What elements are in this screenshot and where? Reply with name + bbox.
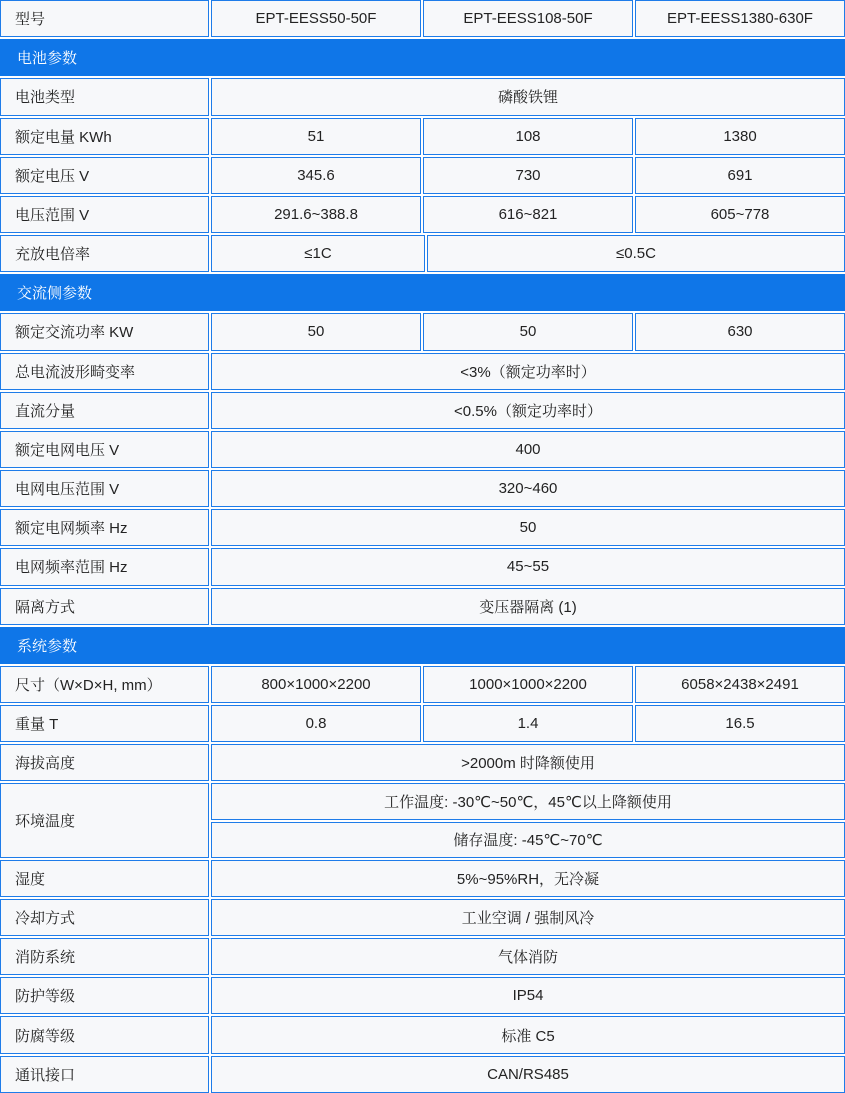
spec-label: 环境温度 <box>0 783 209 857</box>
spec-row: 尺寸（W×D×H, mm）800×1000×22001000×1000×2200… <box>0 666 845 703</box>
spec-value-stack: 工作温度: -30℃~50℃，45℃以上降额使用储存温度: -45℃~70℃ <box>211 783 845 857</box>
spec-label: 额定电网频率 Hz <box>0 509 209 546</box>
spec-row: 防腐等级标准 C5 <box>0 1016 845 1053</box>
spec-label: 隔离方式 <box>0 588 209 625</box>
spec-label: 直流分量 <box>0 392 209 429</box>
spec-row: 冷却方式工业空调 / 强制风冷 <box>0 899 845 936</box>
spec-value: 605~778 <box>635 196 845 233</box>
spec-value: 气体消防 <box>211 938 845 975</box>
spec-value: 108 <box>423 118 633 155</box>
section-header-row: 系统参数 <box>0 627 845 664</box>
model-header-row: 型号 EPT-EESS50-50F EPT-EESS108-50F EPT-EE… <box>0 0 845 37</box>
model-name-cell: EPT-EESS108-50F <box>423 0 633 37</box>
spec-value: 691 <box>635 157 845 194</box>
spec-value: 730 <box>423 157 633 194</box>
section-header-row: 交流侧参数 <box>0 274 845 311</box>
spec-row: 通讯接口CAN/RS485 <box>0 1056 845 1093</box>
spec-row: 电压范围 V291.6~388.8616~821605~778 <box>0 196 845 233</box>
spec-row: 防护等级IP54 <box>0 977 845 1014</box>
spec-value: 1000×1000×2200 <box>423 666 633 703</box>
spec-row: 重量 T0.81.416.5 <box>0 705 845 742</box>
spec-value: 1.4 <box>423 705 633 742</box>
spec-value: <3%（额定功率时） <box>211 353 845 390</box>
spec-value: 45~55 <box>211 548 845 585</box>
spec-value: 400 <box>211 431 845 468</box>
spec-value: 0.8 <box>211 705 421 742</box>
spec-value: 320~460 <box>211 470 845 507</box>
spec-value: ≤0.5C <box>427 235 845 272</box>
spec-label: 额定电量 KWh <box>0 118 209 155</box>
spec-label: 总电流波形畸变率 <box>0 353 209 390</box>
spec-row: 电池类型磷酸铁锂 <box>0 78 845 115</box>
spec-label: 消防系统 <box>0 938 209 975</box>
spec-row: 总电流波形畸变率<3%（额定功率时） <box>0 353 845 390</box>
spec-value: 变压器隔离 (1) <box>211 588 845 625</box>
spec-label: 重量 T <box>0 705 209 742</box>
spec-row: 额定电网电压 V400 <box>0 431 845 468</box>
spec-label: 通讯接口 <box>0 1056 209 1093</box>
spec-value: 工作温度: -30℃~50℃，45℃以上降额使用 <box>211 783 845 819</box>
spec-row: 隔离方式变压器隔离 (1) <box>0 588 845 625</box>
spec-row: 额定电量 KWh511081380 <box>0 118 845 155</box>
spec-row: 充放电倍率≤1C≤0.5C <box>0 235 845 272</box>
spec-value: 345.6 <box>211 157 421 194</box>
spec-value: ≤1C <box>211 235 425 272</box>
spec-value: 800×1000×2200 <box>211 666 421 703</box>
section-title: 系统参数 <box>0 627 845 664</box>
spec-row: 额定交流功率 KW5050630 <box>0 313 845 350</box>
spec-value: 630 <box>635 313 845 350</box>
spec-value: 5%~95%RH，无冷凝 <box>211 860 845 897</box>
spec-label: 尺寸（W×D×H, mm） <box>0 666 209 703</box>
spec-label: 额定电压 V <box>0 157 209 194</box>
model-name-cell: EPT-EESS1380-630F <box>635 0 845 37</box>
model-header-label: 型号 <box>0 0 209 37</box>
section-header-row: 电池参数 <box>0 39 845 76</box>
spec-label: 电池类型 <box>0 78 209 115</box>
spec-value: 1380 <box>635 118 845 155</box>
spec-label: 电压范围 V <box>0 196 209 233</box>
spec-value: 51 <box>211 118 421 155</box>
spec-value: 磷酸铁锂 <box>211 78 845 115</box>
spec-value: 工业空调 / 强制风冷 <box>211 899 845 936</box>
spec-label: 冷却方式 <box>0 899 209 936</box>
spec-row: 电网电压范围 V320~460 <box>0 470 845 507</box>
spec-value: IP54 <box>211 977 845 1014</box>
spec-row: 海拔高度>2000m 时降额使用 <box>0 744 845 781</box>
model-name-cell: EPT-EESS50-50F <box>211 0 421 37</box>
spec-value: 16.5 <box>635 705 845 742</box>
spec-value: >2000m 时降额使用 <box>211 744 845 781</box>
spec-row: 额定电网频率 Hz50 <box>0 509 845 546</box>
spec-value: 50 <box>211 313 421 350</box>
spec-row: 消防系统气体消防 <box>0 938 845 975</box>
spec-row: 环境温度工作温度: -30℃~50℃，45℃以上降额使用储存温度: -45℃~7… <box>0 783 845 857</box>
spec-label: 湿度 <box>0 860 209 897</box>
spec-row: 额定电压 V345.6730691 <box>0 157 845 194</box>
spec-label: 额定电网电压 V <box>0 431 209 468</box>
spec-value: 50 <box>211 509 845 546</box>
spec-row: 电网频率范围 Hz45~55 <box>0 548 845 585</box>
spec-value: CAN/RS485 <box>211 1056 845 1093</box>
spec-label: 额定交流功率 KW <box>0 313 209 350</box>
spec-label: 电网电压范围 V <box>0 470 209 507</box>
spec-value: 616~821 <box>423 196 633 233</box>
spec-value: 291.6~388.8 <box>211 196 421 233</box>
spec-value: 标准 C5 <box>211 1016 845 1053</box>
spec-value: 50 <box>423 313 633 350</box>
spec-label: 电网频率范围 Hz <box>0 548 209 585</box>
spec-value: 6058×2438×2491 <box>635 666 845 703</box>
spec-table: 型号 EPT-EESS50-50F EPT-EESS108-50F EPT-EE… <box>0 0 845 1093</box>
spec-label: 充放电倍率 <box>0 235 209 272</box>
section-title: 电池参数 <box>0 39 845 76</box>
spec-label: 防腐等级 <box>0 1016 209 1053</box>
spec-label: 海拔高度 <box>0 744 209 781</box>
spec-label: 防护等级 <box>0 977 209 1014</box>
spec-value: 储存温度: -45℃~70℃ <box>211 822 845 858</box>
spec-row: 湿度5%~95%RH，无冷凝 <box>0 860 845 897</box>
spec-row: 直流分量<0.5%（额定功率时） <box>0 392 845 429</box>
spec-value: <0.5%（额定功率时） <box>211 392 845 429</box>
section-title: 交流侧参数 <box>0 274 845 311</box>
